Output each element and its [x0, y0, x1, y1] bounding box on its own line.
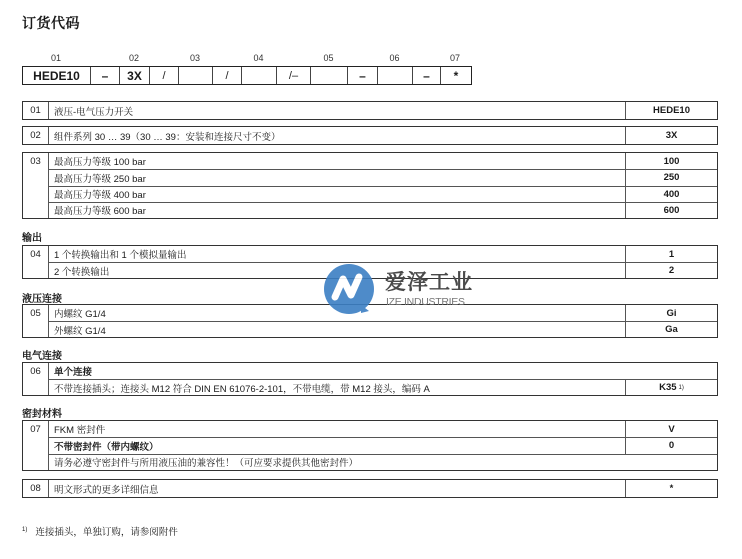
position-number: 01	[23, 102, 49, 119]
option-description: 单个连接	[49, 363, 717, 379]
option-code: 3X	[625, 127, 717, 144]
section-heading: 密封材料	[22, 405, 62, 420]
option-block-01: 01液压-电气压力开关HEDE10	[22, 101, 718, 120]
option-code: Ga	[625, 321, 717, 337]
code-strip-cell: –	[413, 67, 441, 84]
position-number: 05	[23, 305, 49, 337]
option-code-value: 250	[664, 172, 680, 183]
option-code-value: 1	[669, 249, 674, 260]
option-description: 1 个转换输出和 1 个模拟量输出	[49, 246, 625, 262]
option-code: 100	[625, 153, 717, 169]
code-strip-cell: *	[441, 67, 471, 84]
option-description: FKM 密封件	[49, 421, 625, 437]
option-code-value: HEDE10	[653, 105, 690, 116]
footnote-reference: 1)	[679, 385, 684, 391]
code-strip-cell: –	[91, 67, 120, 84]
option-code: 250	[625, 169, 717, 185]
option-description: 外螺纹 G1/4	[49, 321, 625, 337]
code-strip-cell: /	[213, 67, 242, 84]
option-code-value: 400	[664, 189, 680, 200]
option-code-value: 2	[669, 265, 674, 276]
code-strip-cell: 3X	[120, 67, 150, 84]
option-code-value: *	[670, 483, 674, 494]
option-code: 0	[625, 437, 717, 453]
code-strip-cell: –	[348, 67, 378, 84]
code-strip-cell	[311, 67, 348, 84]
option-description: 最高压力等级 600 bar	[49, 202, 625, 218]
option-code: 600	[625, 202, 717, 218]
option-description: 最高压力等级 250 bar	[49, 169, 625, 185]
footnote: 1)连接插头，单独订购，请参阅附件	[22, 524, 178, 538]
option-code-value: 100	[664, 156, 680, 167]
option-code: Gi	[625, 305, 717, 321]
code-position-label: 01	[22, 53, 90, 63]
option-description: 不带连接插头；连接头 M12 符合 DIN EN 61076-2-101，不带电…	[49, 379, 625, 395]
position-number: 03	[23, 153, 49, 218]
option-description: 不带密封件（带内螺纹）	[49, 437, 625, 453]
code-position-label: 05	[310, 53, 347, 63]
option-block-06: 06单个连接不带连接插头；连接头 M12 符合 DIN EN 61076-2-1…	[22, 362, 718, 396]
option-code-value: Gi	[666, 308, 676, 319]
position-number: 02	[23, 127, 49, 144]
option-block-08: 08明文形式的更多详细信息*	[22, 479, 718, 498]
option-block-07: 07FKM 密封件V不带密封件（带内螺纹）0请务必遵守密封件与所用液压油的兼容性…	[22, 420, 718, 471]
position-number: 04	[23, 246, 49, 278]
option-code-value: 3X	[666, 130, 678, 141]
code-strip-cell: HEDE10	[23, 67, 91, 84]
option-code: 1	[625, 246, 717, 262]
code-position-label: 04	[241, 53, 276, 63]
option-block-03: 03最高压力等级 100 bar100最高压力等级 250 bar250最高压力…	[22, 152, 718, 219]
code-strip-cell	[242, 67, 277, 84]
ordering-code-strip: HEDE10–3X///–––*	[22, 66, 472, 85]
position-number: 07	[23, 421, 49, 470]
code-strip-cell: /	[150, 67, 179, 84]
option-code: K351)	[625, 379, 717, 395]
option-description: 组件系列 30 … 39（30 … 39：安装和连接尺寸不变）	[49, 127, 625, 144]
option-description: 最高压力等级 100 bar	[49, 153, 625, 169]
position-number: 08	[23, 480, 49, 497]
option-description: 最高压力等级 400 bar	[49, 186, 625, 202]
code-position-label: 03	[178, 53, 212, 63]
footnote-text: 连接插头，单独订购，请参阅附件	[35, 527, 178, 538]
option-block-02: 02组件系列 30 … 39（30 … 39：安装和连接尺寸不变）3X	[22, 126, 718, 145]
option-code: 2	[625, 262, 717, 278]
company-logo-icon	[321, 261, 377, 317]
option-code-value: 0	[669, 440, 674, 451]
option-code: 400	[625, 186, 717, 202]
option-code: *	[625, 480, 717, 497]
code-position-label: 06	[377, 53, 412, 63]
section-heading: 电气连接	[22, 347, 62, 362]
option-code: V	[625, 421, 717, 437]
option-description: 液压-电气压力开关	[49, 102, 625, 119]
section-heading: 输出	[22, 229, 42, 244]
code-position-label: 07	[440, 53, 470, 63]
option-description: 明文形式的更多详细信息	[49, 480, 625, 497]
option-code-value: V	[668, 424, 674, 435]
watermark-company-name-en: IZE INDUSTRIES	[386, 296, 465, 308]
footnote-marker: 1)	[22, 527, 27, 533]
code-strip-cell	[378, 67, 413, 84]
code-position-label: 02	[119, 53, 149, 63]
watermark-company-name-cn: 爱泽工业	[385, 266, 473, 296]
code-strip-cell: /–	[277, 67, 311, 84]
option-code: HEDE10	[625, 102, 717, 119]
option-code-value: K35	[659, 382, 676, 393]
option-description: 请务必遵守密封件与所用液压油的兼容性！（可应要求提供其他密封件）	[49, 454, 717, 470]
page-title: 订货代码	[22, 13, 80, 33]
code-strip-cell	[179, 67, 213, 84]
section-heading: 液压连接	[22, 290, 62, 305]
option-code-value: 600	[664, 205, 680, 216]
option-code-value: Ga	[665, 324, 678, 335]
position-number: 06	[23, 363, 49, 395]
